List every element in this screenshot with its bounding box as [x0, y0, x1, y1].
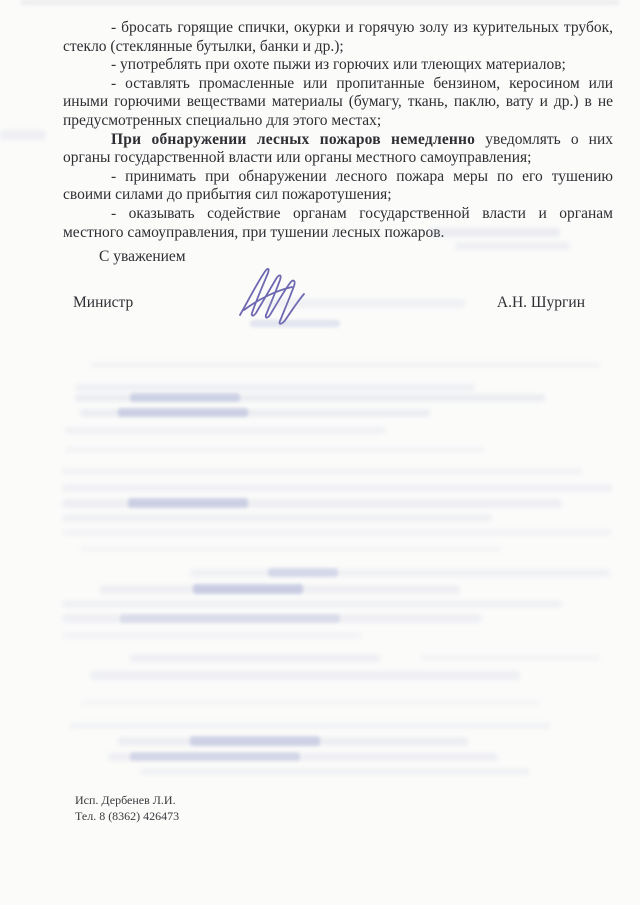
bleed-through-mark: [268, 568, 338, 577]
bleed-through-line: [140, 768, 530, 775]
bleed-through-mark: [130, 752, 300, 761]
bleed-through-line: [190, 569, 610, 577]
paragraph: - употреблять при охоте пыжи из горючих …: [63, 56, 613, 75]
bleed-through-line: [65, 447, 485, 453]
bleed-through-line: [130, 654, 380, 662]
executor-name: Исп. Дербенев Л.И.: [75, 793, 179, 809]
scanned-letter-page: - бросать горящие спички, окурки и горяч…: [0, 0, 640, 905]
bleed-through-line: [420, 655, 600, 661]
bleed-through-line: [80, 700, 540, 706]
bleed-through-line: [62, 514, 492, 522]
bleed-through-line: [62, 499, 562, 508]
bleed-through-line: [118, 737, 468, 746]
bleed-through-line: [20, 0, 620, 5]
bleed-through-line: [65, 427, 385, 434]
bleed-through-mark: [130, 393, 240, 402]
closing-phrase: С уважением: [99, 248, 186, 266]
text-run: - оставлять промасленные или пропитанные…: [63, 75, 613, 129]
bleed-through-line: [100, 585, 460, 594]
bleed-through-line: [75, 384, 475, 391]
paragraph: - принимать при обнаружении лесного пожа…: [63, 168, 613, 205]
paragraph: - оставлять промасленные или пропитанные…: [63, 75, 613, 131]
paragraph: - оказывать содействие органам государст…: [63, 205, 613, 242]
signatory-name: А.Н. Шургин: [497, 294, 585, 312]
bleed-through-line: [62, 614, 482, 623]
paragraph: - бросать горящие спички, окурки и горяч…: [63, 19, 613, 56]
text-run: - оказывать содействие органам государст…: [63, 205, 613, 241]
bleed-through-mark: [120, 614, 340, 623]
body-paragraphs: - бросать горящие спички, окурки и горяч…: [63, 19, 613, 242]
bleed-through-line: [80, 409, 430, 417]
bleed-through-line: [455, 242, 570, 250]
bleed-through-mark: [118, 408, 248, 417]
signature-row: Министр А.Н. Шургин: [73, 294, 585, 312]
text-run: - употреблять при охоте пыжи из горючих …: [111, 56, 566, 73]
bleed-through-line: [62, 632, 362, 639]
bleed-through-line: [90, 671, 520, 680]
bleed-through-mark: [128, 498, 248, 508]
bold-run: При обнаружении лесных пожаров немедленн…: [111, 131, 475, 148]
paragraph: При обнаружении лесных пожаров немедленн…: [63, 131, 613, 168]
signatory-title: Министр: [73, 294, 133, 312]
bleed-through-line: [62, 600, 562, 608]
executor-footer: Исп. Дербенев Л.И. Тел. 8 (8362) 426473: [75, 793, 179, 824]
bleed-through-mark: [193, 584, 303, 594]
executor-phone: Тел. 8 (8362) 426473: [75, 809, 179, 825]
bleed-through-line: [70, 722, 550, 729]
bleed-through-line: [80, 546, 500, 552]
bleed-through-line: [0, 130, 46, 140]
bleed-through-mark: [190, 736, 320, 746]
text-run: - бросать горящие спички, окурки и горяч…: [63, 19, 613, 55]
text-run: - принимать при обнаружении лесного пожа…: [63, 168, 613, 204]
bleed-through-line: [62, 468, 582, 475]
bleed-through-line: [62, 484, 612, 492]
bleed-through-line: [108, 753, 498, 761]
bleed-through-line: [75, 394, 545, 402]
bleed-through-line: [62, 529, 612, 536]
bleed-through-line: [90, 362, 600, 368]
